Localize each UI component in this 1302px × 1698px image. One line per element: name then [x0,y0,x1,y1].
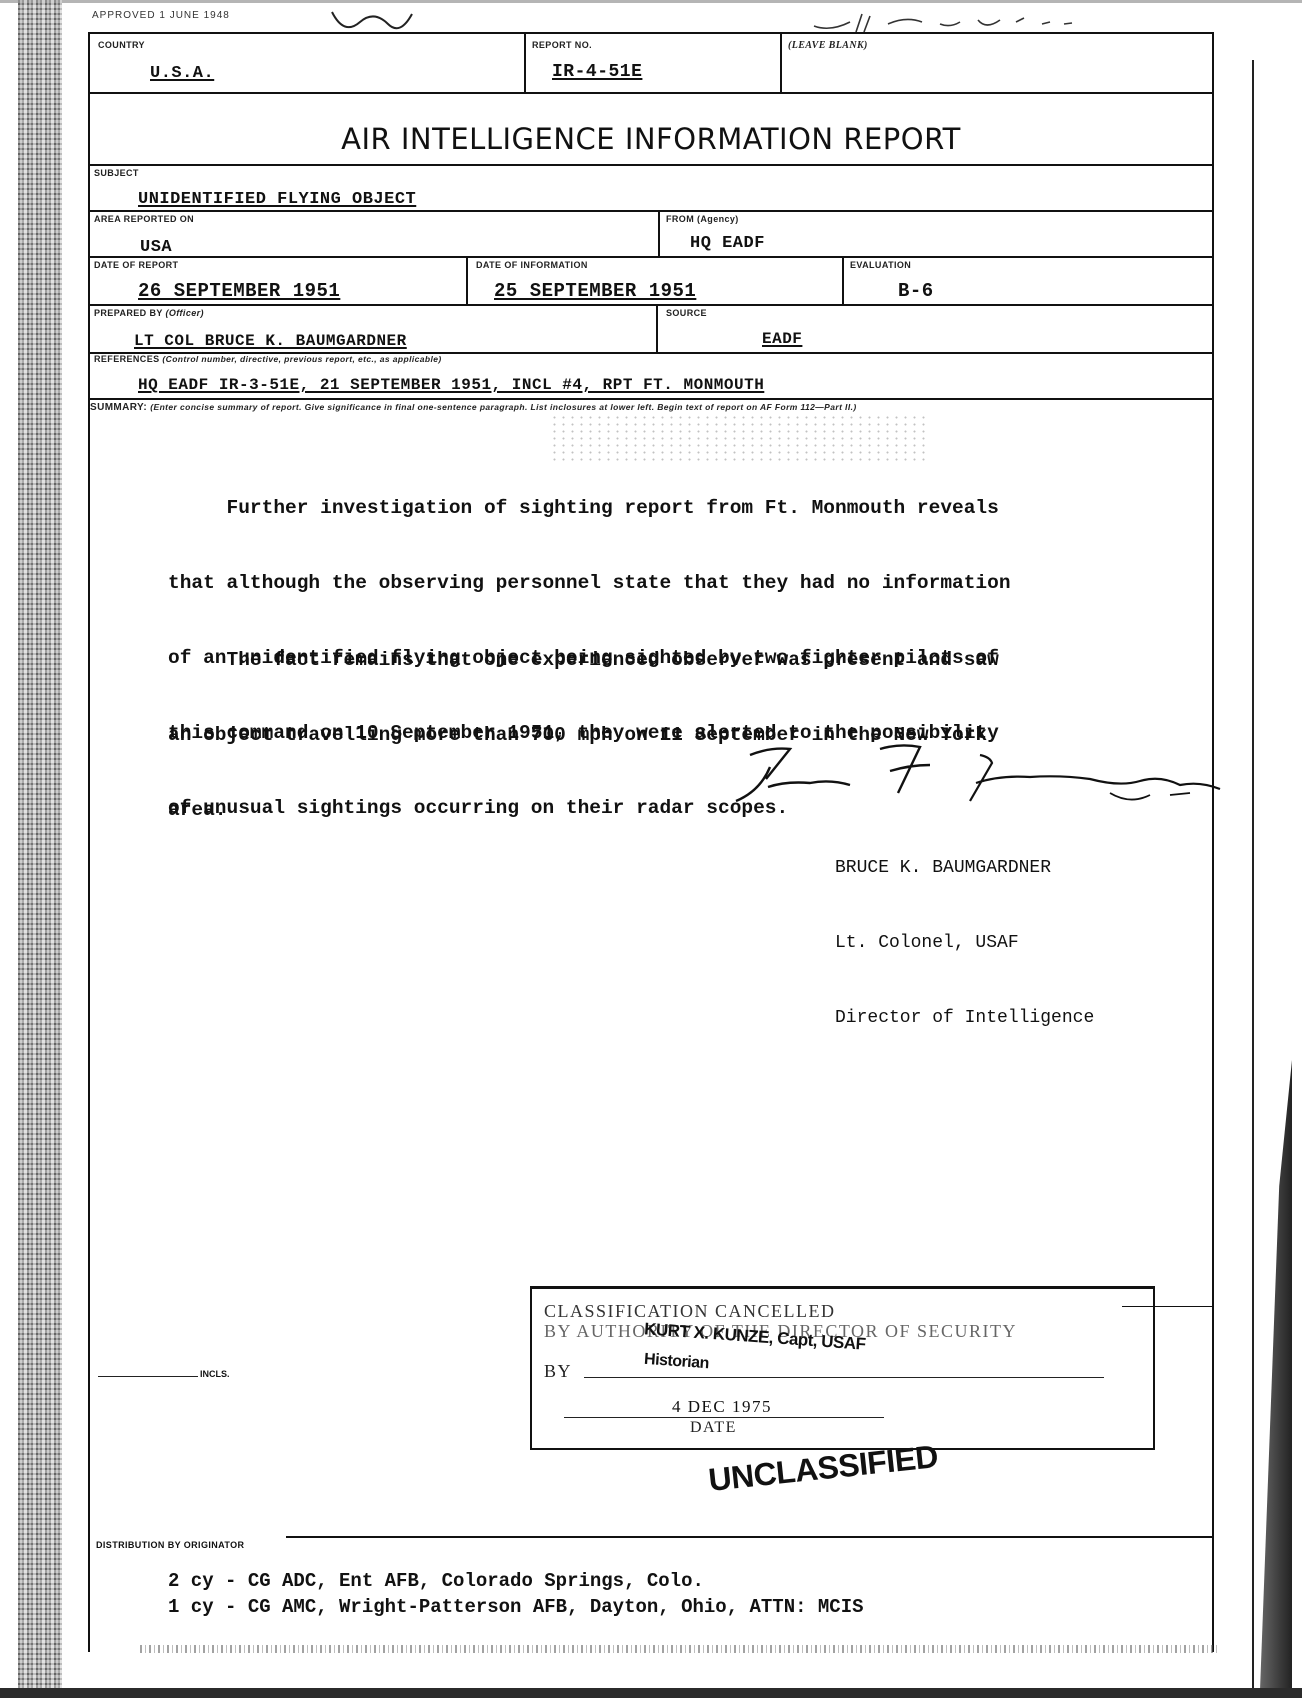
leave-blank-label: (LEAVE BLANK) [788,40,868,51]
source-value: EADF [762,330,802,348]
divider [90,256,1212,258]
summary-instructions: (Enter concise summary of report. Give s… [150,402,856,412]
report-no-label: REPORT NO. [532,40,592,50]
stamp-date-line [564,1417,884,1418]
stamp-signer-title: Historian [643,1351,709,1373]
prepared-by-label-note: (Officer) [166,308,204,318]
body-line: The fact remains that one experienced ob… [168,648,999,673]
distribution-line: 2 cy - CG ADC, Ent AFB, Colorado Springs… [168,1570,704,1592]
date-of-report-label: DATE OF REPORT [94,260,178,270]
scan-bottom-edge [0,1688,1302,1698]
divider [842,256,844,304]
area-reported-on-label: AREA REPORTED ON [94,214,194,224]
declassification-stamp: CLASSIFICATION CANCELLED BY AUTHORITY OF… [530,1286,1155,1450]
country-label: COUNTRY [98,40,145,50]
date-of-information-value: 25 SEPTEMBER 1951 [494,280,696,302]
evaluation-value: B-6 [898,280,934,302]
distribution-line: 1 cy - CG AMC, Wright-Patterson AFB, Day… [168,1596,864,1618]
date-of-information-label: DATE OF INFORMATION [476,260,588,270]
references-label-text: REFERENCES [94,354,160,364]
body-line: Further investigation of sighting report… [168,496,1011,521]
references-label: REFERENCES (Control number, directive, p… [94,354,442,364]
divider [658,210,660,256]
report-no-value: IR-4-51E [552,62,642,82]
country-value: U.S.A. [150,64,214,83]
subject-value: UNIDENTIFIED FLYING OBJECT [138,190,416,209]
signature-block: BRUCE K. BAUMGARDNER Lt. Colonel, USAF D… [835,806,1094,1056]
inclosures-line [98,1376,198,1377]
scan-top-edge [0,0,1302,3]
scan-noise-bottom [140,1645,1220,1653]
divider [90,304,1212,306]
subject-label: SUBJECT [94,168,139,178]
divider [90,210,1212,212]
stamp-date-label: DATE [690,1419,737,1437]
stamp-by-line [584,1377,1104,1378]
summary-label: SUMMARY: (Enter concise summary of repor… [90,402,857,413]
stamp-date-value: 4 DEC 1975 [672,1397,772,1417]
from-agency-value: HQ EADF [690,234,765,253]
stamp-line-1: CLASSIFICATION CANCELLED [544,1301,836,1322]
page-right-edge [1252,60,1254,1698]
divider [656,304,658,352]
divider [780,34,782,92]
references-label-note: (Control number, directive, previous rep… [162,354,441,364]
from-agency-label: FROM (Agency) [666,214,739,224]
stamp-by-label: BY [544,1361,572,1382]
distribution-label: DISTRIBUTION BY ORIGINATOR [96,1540,244,1550]
signer-rank: Lt. Colonel, USAF [835,931,1094,956]
scan-right-shadow [1260,1060,1292,1690]
report-title: AIR INTELLIGENCE INFORMATION REPORT [90,122,1212,156]
divider [90,164,1212,166]
evaluation-label: EVALUATION [850,260,911,270]
date-of-report-value: 26 SEPTEMBER 1951 [138,280,340,302]
body-line: that although the observing personnel st… [168,571,1011,596]
prepared-by-label: PREPARED BY (Officer) [94,308,204,318]
area-reported-on-value: USA [140,238,172,257]
divider [90,398,1212,400]
prepared-by-label-text: PREPARED BY [94,308,163,318]
divider [286,1536,1212,1538]
signer-title: Director of Intelligence [835,1006,1094,1031]
scan-binding-strip [18,0,62,1698]
references-value: HQ EADF IR-3-51E, 21 SEPTEMBER 1951, INC… [138,376,764,394]
source-label: SOURCE [666,308,707,318]
signer-name: BRUCE K. BAUMGARDNER [835,856,1094,881]
approved-note: APPROVED 1 JUNE 1948 [92,10,230,21]
divider [90,92,1212,94]
handwritten-signature [730,735,1230,815]
summary-label-text: SUMMARY: [90,402,147,413]
inclosures-label: INCLS. [200,1369,230,1379]
prepared-by-value: LT COL BRUCE K. BAUMGARDNER [134,332,407,350]
divider [524,34,526,92]
divider [466,256,468,304]
